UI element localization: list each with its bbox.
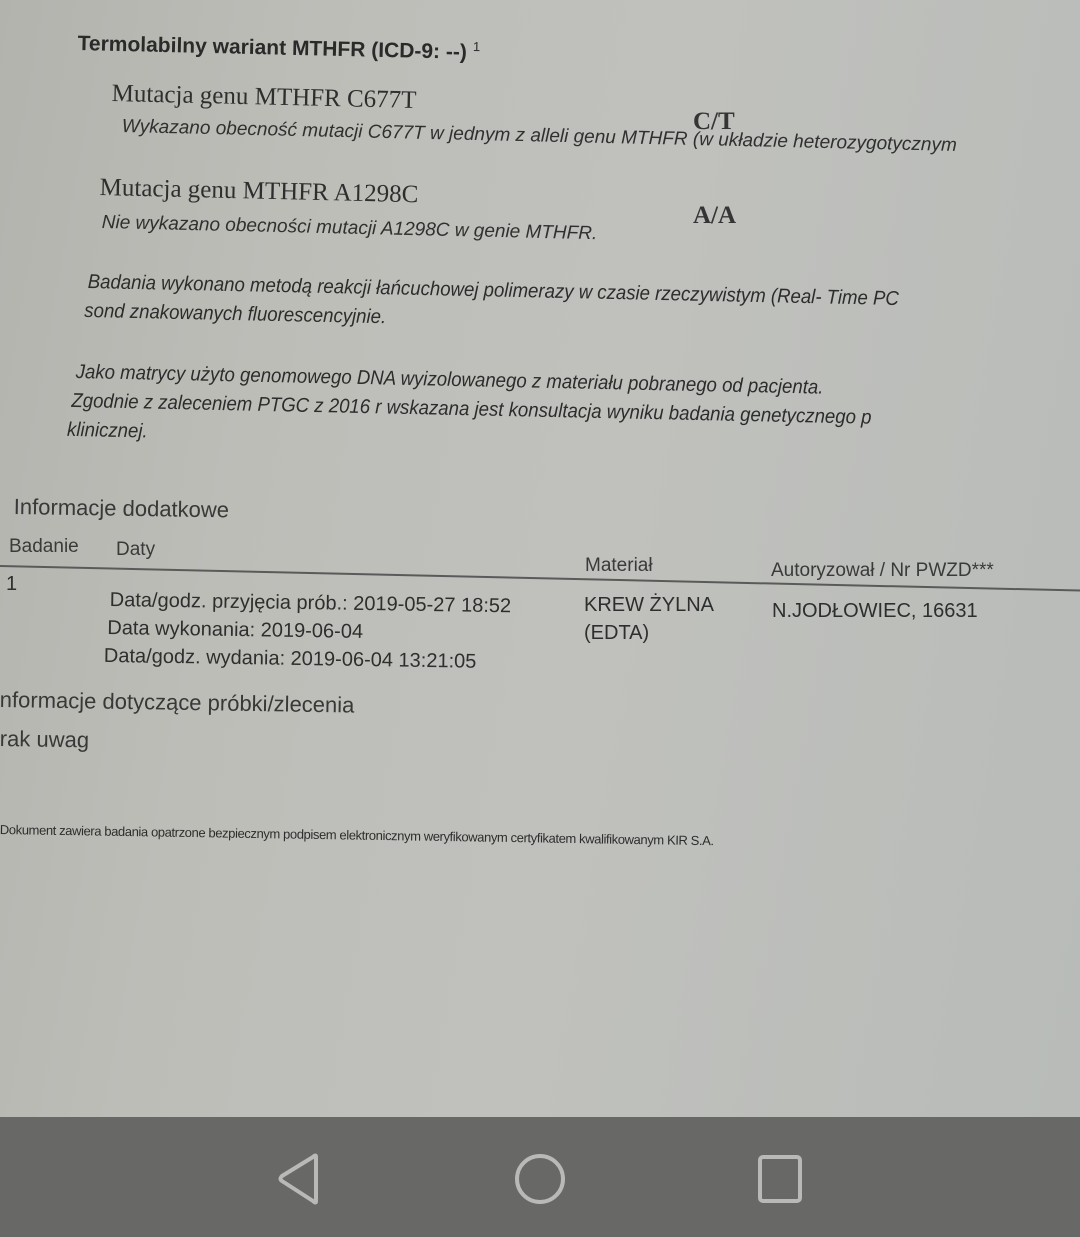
circle-home-icon — [512, 1151, 568, 1207]
mutation-a1298c-name: Mutacja genu MTHFR A1298C — [99, 174, 418, 209]
recents-button[interactable] — [750, 1151, 810, 1207]
column-header-test: Badanie — [9, 536, 79, 558]
row-test-number: 1 — [6, 570, 17, 598]
document-page: Termolabilny wariant MTHFR (ICD-9: --)1 … — [0, 0, 1080, 1117]
test-title: Termolabilny wariant MTHFR (ICD-9: --)1 — [77, 30, 480, 65]
column-header-material: Materiał — [585, 555, 653, 577]
title-footnote-marker: 1 — [473, 39, 481, 54]
mutation-a1298c-description: Nie wykazano obecności mutacji A1298C w … — [102, 212, 598, 245]
material-line-1: KREW ŻYLNA — [584, 591, 714, 619]
electronic-signature-note: Dokument zawiera badania opatrzone bezpi… — [0, 822, 714, 848]
mutation-a1298c-genotype: A/A — [693, 202, 736, 230]
mutation-c677t-name: Mutacja genu MTHFR C677T — [111, 80, 416, 115]
column-header-dates: Daty — [116, 539, 155, 561]
sample-info-heading: nformacje dotyczące próbki/zlecenia — [0, 687, 355, 719]
test-title-text: Termolabilny wariant MTHFR (ICD-9: --) — [77, 32, 467, 64]
matrix-paragraph: Jako matrycy użyto genomowego DNA wyizol… — [74, 358, 872, 462]
additional-info-heading: Informacje dodatkowe — [14, 494, 230, 523]
mutation-c677t-description: Wykazano obecność mutacji C677T w jednym… — [122, 116, 958, 157]
back-button[interactable] — [270, 1151, 330, 1207]
square-recents-icon — [755, 1153, 805, 1205]
date-issued: Data/godz. wydania: 2019-06-04 13:21:05 — [104, 642, 511, 676]
sample-info-value: rak uwag — [0, 726, 89, 753]
system-navigation-bar — [0, 1117, 1080, 1237]
column-header-authorized: Autoryzował / Nr PWZD*** — [771, 560, 994, 582]
material-line-2: (EDTA) — [584, 619, 714, 647]
row-dates: Data/godz. przyjęcia prób.: 2019-05-27 1… — [109, 586, 512, 676]
row-authorized: N.JODŁOWIEC, 16631 — [772, 597, 978, 625]
method-paragraph: Badania wykonano metodą reakcji łańcucho… — [87, 268, 899, 343]
home-button[interactable] — [510, 1151, 570, 1207]
row-material: KREW ŻYLNA (EDTA) — [584, 591, 714, 647]
triangle-back-icon — [276, 1153, 324, 1205]
